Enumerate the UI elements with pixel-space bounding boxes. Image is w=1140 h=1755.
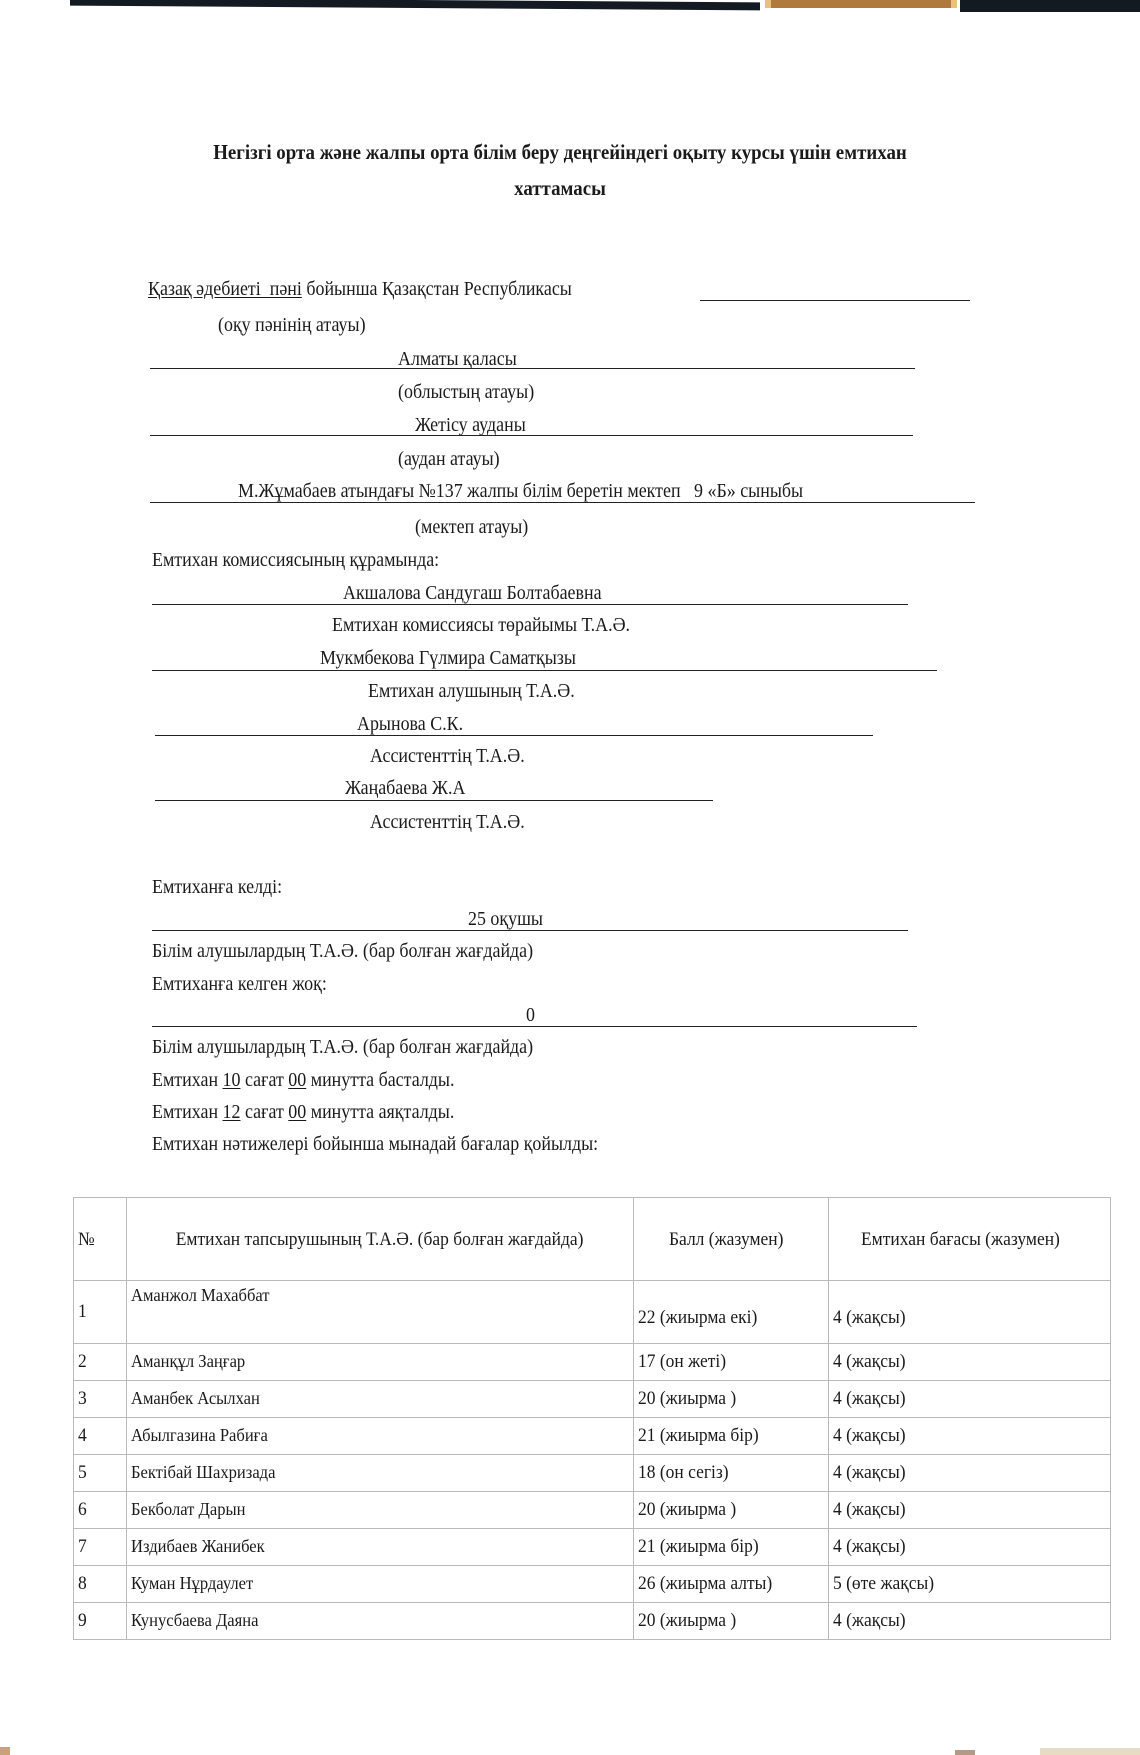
exam-end: Емтихан 12 сағат 00 минутта аяқталды. <box>152 1101 454 1125</box>
cell-grade: 4 (жақсы) <box>829 1418 1111 1455</box>
cell-name: Аманжол Махаббат <box>127 1281 634 1344</box>
scan-spot <box>955 1750 975 1755</box>
table-row: 3Аманбек Асылхан20 (жиырма )4 (жақсы) <box>74 1381 1111 1418</box>
cell-grade: 4 (жақсы) <box>829 1529 1111 1566</box>
commission-member-name: Жаңабаева Ж.А <box>345 777 465 801</box>
cell-grade: 4 (жақсы) <box>829 1492 1111 1529</box>
scan-edge-bottom <box>0 1747 1140 1755</box>
cell-score: 22 (жиырма екі) <box>634 1281 829 1344</box>
cell-score: 26 (жиырма алты) <box>634 1566 829 1603</box>
commission-heading: Емтихан комиссиясының құрамында: <box>152 549 439 573</box>
header-number: № <box>74 1198 127 1281</box>
commission-member-role: Емтихан комиссиясы төрайымы Т.А.Ә. <box>332 614 630 638</box>
subject-line: Қазақ әдебиеті пәні бойынша Қазақстан Ре… <box>148 278 572 302</box>
cell-name: Кунусбаева Даяна <box>127 1603 634 1640</box>
school-class: 9 «Б» сыныбы <box>694 481 803 502</box>
table-row: 8Куман Нұрдаулет26 (жиырма алты)5 (өте ж… <box>74 1566 1111 1603</box>
absent-rule <box>152 1026 917 1027</box>
absent-caption: Білім алушылардың Т.А.Ә. (бар болған жағ… <box>152 1036 533 1060</box>
school-line: М.Жұмабаев атындағы №137 жалпы білім бер… <box>238 480 803 504</box>
cell-number: 9 <box>74 1603 127 1640</box>
cell-score: 17 (он жеті) <box>634 1344 829 1381</box>
present-value: 25 оқушы <box>468 908 543 932</box>
exam-start: Емтихан 10 сағат 00 минутта басталды. <box>152 1069 454 1093</box>
cell-score: 20 (жиырма ) <box>634 1492 829 1529</box>
cell-number: 8 <box>74 1566 127 1603</box>
commission-member-role: Ассистенттің Т.А.Ә. <box>370 745 525 769</box>
cell-name: Аманқұл Заңғар <box>127 1344 634 1381</box>
header-grade: Емтихан бағасы (жазумен) <box>829 1198 1111 1281</box>
table-row: 9Кунусбаева Даяна20 (жиырма )4 (жақсы) <box>74 1603 1111 1640</box>
results-intro: Емтихан нәтижелері бойынша мынадай бағал… <box>152 1133 598 1157</box>
commission-member-name: Арынова С.К. <box>357 713 463 737</box>
absent-label: Емтиханға келген жоқ: <box>152 973 327 997</box>
commission-member-role: Емтихан алушының Т.А.Ә. <box>368 680 575 704</box>
region-caption: (облыстың атауы) <box>398 381 534 405</box>
table-row: 5Бектібай Шахризада18 (он сегіз)4 (жақсы… <box>74 1455 1111 1492</box>
table-row: 1Аманжол Махаббат22 (жиырма екі)4 (жақсы… <box>74 1281 1111 1344</box>
school-caption: (мектеп атауы) <box>415 516 528 540</box>
scan-spot <box>0 1747 10 1755</box>
present-label: Емтиханға келді: <box>152 876 282 900</box>
present-rule <box>152 930 908 931</box>
grades-table: № Емтихан тапсырушының Т.А.Ә. (бар болға… <box>73 1197 1111 1640</box>
table-row: 7Издибаев Жанибек21 (жиырма бір)4 (жақсы… <box>74 1529 1111 1566</box>
cell-score: 20 (жиырма ) <box>634 1381 829 1418</box>
cell-name: Абылгазина Рабиға <box>127 1418 634 1455</box>
scan-spot <box>1040 1748 1140 1755</box>
cell-number: 4 <box>74 1418 127 1455</box>
subject-value: Қазақ әдебиеті пәні <box>148 279 302 300</box>
cell-number: 1 <box>74 1281 127 1344</box>
scan-photo-fragment <box>765 0 957 8</box>
cell-name: Бекболат Дарын <box>127 1492 634 1529</box>
cell-number: 7 <box>74 1529 127 1566</box>
region-rule <box>150 368 915 369</box>
scan-shadow <box>70 0 760 10</box>
subject-suffix: бойынша Қазақстан Республикасы <box>302 279 572 300</box>
member-rule <box>155 800 713 801</box>
cell-score: 20 (жиырма ) <box>634 1603 829 1640</box>
cell-grade: 4 (жақсы) <box>829 1344 1111 1381</box>
header-score: Балл (жазумен) <box>634 1198 829 1281</box>
school-rule <box>150 502 975 503</box>
absent-value: 0 <box>526 1004 535 1028</box>
cell-name: Бектібай Шахризада <box>127 1455 634 1492</box>
district-rule <box>150 435 913 436</box>
cell-number: 2 <box>74 1344 127 1381</box>
end-hour: 12 <box>223 1102 241 1123</box>
table-row: 4Абылгазина Рабиға21 (жиырма бір)4 (жақс… <box>74 1418 1111 1455</box>
district-caption: (аудан атауы) <box>398 448 500 472</box>
start-hour: 10 <box>223 1070 241 1091</box>
cell-grade: 5 (өте жақсы) <box>829 1566 1111 1603</box>
member-rule <box>155 735 873 736</box>
present-caption: Білім алушылардың Т.А.Ә. (бар болған жағ… <box>152 940 533 964</box>
cell-grade: 4 (жақсы) <box>829 1281 1111 1344</box>
cell-score: 21 (жиырма бір) <box>634 1418 829 1455</box>
member-rule <box>152 670 937 671</box>
cell-grade: 4 (жақсы) <box>829 1455 1111 1492</box>
commission-member-name: Мукмбекова Гүлмира Саматқызы <box>320 647 576 671</box>
table-row: 2Аманқұл Заңғар17 (он жеті)4 (жақсы) <box>74 1344 1111 1381</box>
start-minute: 00 <box>288 1070 306 1091</box>
cell-number: 3 <box>74 1381 127 1418</box>
school-value: М.Жұмабаев атындағы №137 жалпы білім бер… <box>238 481 681 502</box>
title-line-1: Негізгі орта және жалпы орта білім беру … <box>146 134 974 170</box>
table-row: 6Бекболат Дарын20 (жиырма )4 (жақсы) <box>74 1492 1111 1529</box>
member-rule <box>152 604 908 605</box>
cell-grade: 4 (жақсы) <box>829 1381 1111 1418</box>
cell-name: Куман Нұрдаулет <box>127 1566 634 1603</box>
subject-caption: (оқу пәнінің атауы) <box>218 314 366 338</box>
scan-edge-top <box>0 0 1140 10</box>
end-minute: 00 <box>288 1102 306 1123</box>
header-name: Емтихан тапсырушының Т.А.Ә. (бар болған … <box>127 1198 634 1281</box>
document-title: Негізгі орта және жалпы орта білім беру … <box>146 134 974 206</box>
table-header-row: № Емтихан тапсырушының Т.А.Ә. (бар болға… <box>74 1198 1111 1281</box>
title-line-2: хаттамасы <box>146 170 974 206</box>
cell-number: 6 <box>74 1492 127 1529</box>
scan-shadow <box>960 0 1140 12</box>
cell-number: 5 <box>74 1455 127 1492</box>
grades-body: 1Аманжол Махаббат22 (жиырма екі)4 (жақсы… <box>74 1281 1111 1640</box>
commission-member-role: Ассистенттің Т.А.Ә. <box>370 811 525 835</box>
cell-score: 18 (он сегіз) <box>634 1455 829 1492</box>
blank-rule <box>700 300 970 301</box>
cell-name: Аманбек Асылхан <box>127 1381 634 1418</box>
commission-member-name: Акшалова Сандугаш Болтабаевна <box>343 582 602 606</box>
cell-grade: 4 (жақсы) <box>829 1603 1111 1640</box>
cell-name: Издибаев Жанибек <box>127 1529 634 1566</box>
cell-score: 21 (жиырма бір) <box>634 1529 829 1566</box>
